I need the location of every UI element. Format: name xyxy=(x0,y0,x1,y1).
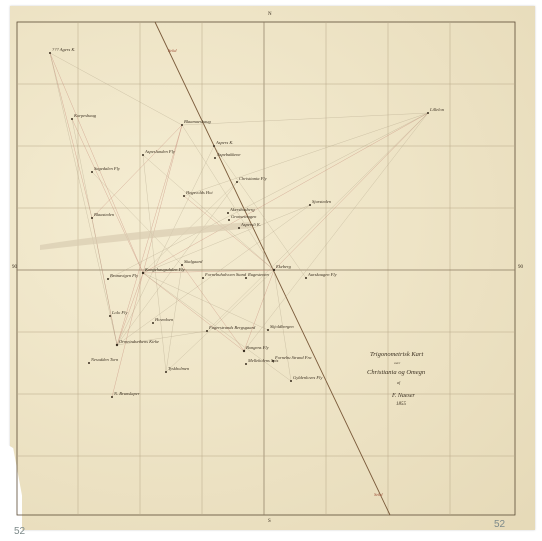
station-label: Aurskaugen Fly xyxy=(308,272,337,277)
station-label: Fornebuhalvoen Stand xyxy=(205,272,246,277)
meridian-mark-bottom: Sekd xyxy=(374,492,383,497)
station-label: Sjursteden xyxy=(312,199,331,204)
station-label: Akershusberg xyxy=(230,207,255,212)
station-label: Bongens Fly xyxy=(246,345,269,350)
station-label: Hovedoen xyxy=(155,317,173,322)
map-frame xyxy=(17,22,515,515)
title-line1: Trigonometrisk Kart xyxy=(370,351,423,358)
station-label: Ekeberg xyxy=(276,264,291,269)
station-label: Ormeindsvikens Kirke xyxy=(119,339,159,344)
edge-label-left: 90 xyxy=(12,265,17,270)
grid-lines xyxy=(17,22,515,515)
station-label: Mellekolens Spis xyxy=(248,358,278,363)
station-label: Fagerstrands Bergsgaard xyxy=(209,325,255,330)
station-label: Skalgaard xyxy=(184,259,202,264)
meridian-mark-top: Sekd xyxy=(168,48,177,53)
station-label: Korpeshaug xyxy=(74,113,96,118)
station-label: Aspebakkene xyxy=(217,152,241,157)
edge-label-right: 90 xyxy=(518,265,523,270)
title-year: 1855 xyxy=(396,402,406,407)
station-label: Christiania Fly xyxy=(239,176,267,181)
station-label: Fornebu Strand Fra xyxy=(275,355,312,360)
station-label: Lillelon xyxy=(430,107,444,112)
title-author: F. Naeser xyxy=(392,393,415,399)
station-label: Aspeslunden Fly xyxy=(145,149,175,154)
station-label: Tyskholmen xyxy=(168,366,189,371)
station-label: Aspersli K. xyxy=(241,222,261,227)
sheet-number-right: 52 xyxy=(494,519,505,530)
station-label: Gyldenloves Fly xyxy=(293,375,322,380)
station-label: Kongehaugsdalen Fly xyxy=(145,267,185,272)
station-label: Aspers K. xyxy=(216,140,234,145)
station-label: Blaasteden xyxy=(94,212,114,217)
station-label: N. Brunslaper xyxy=(114,391,140,396)
station-label: Nesodden Torn xyxy=(91,357,118,362)
fjord-shading xyxy=(40,222,252,250)
station-label: Hegsvolds Hoi xyxy=(186,190,213,195)
station-label: ??? Agers K. xyxy=(52,47,76,52)
station-label: Gronsetnagen xyxy=(231,214,256,219)
edge-label-bottom: S xyxy=(268,519,271,524)
station-label: Rugestenen xyxy=(248,272,269,277)
title-line4: af xyxy=(397,380,400,385)
title-line2: over xyxy=(394,361,400,365)
station-label: Blaamaeshaug xyxy=(184,119,211,124)
sheet-number-left: 52 xyxy=(14,526,25,537)
station-label: Skjoldbergen xyxy=(270,324,294,329)
station-label: Lolo Fly xyxy=(112,310,127,315)
station-label: Brunavigen Fly xyxy=(110,273,138,278)
triangulation-map xyxy=(0,0,542,541)
title-line3: Christiania og Omegn xyxy=(367,369,425,376)
station-label: Sagedalen Fly xyxy=(94,166,120,171)
edge-label-top: N xyxy=(268,12,272,17)
